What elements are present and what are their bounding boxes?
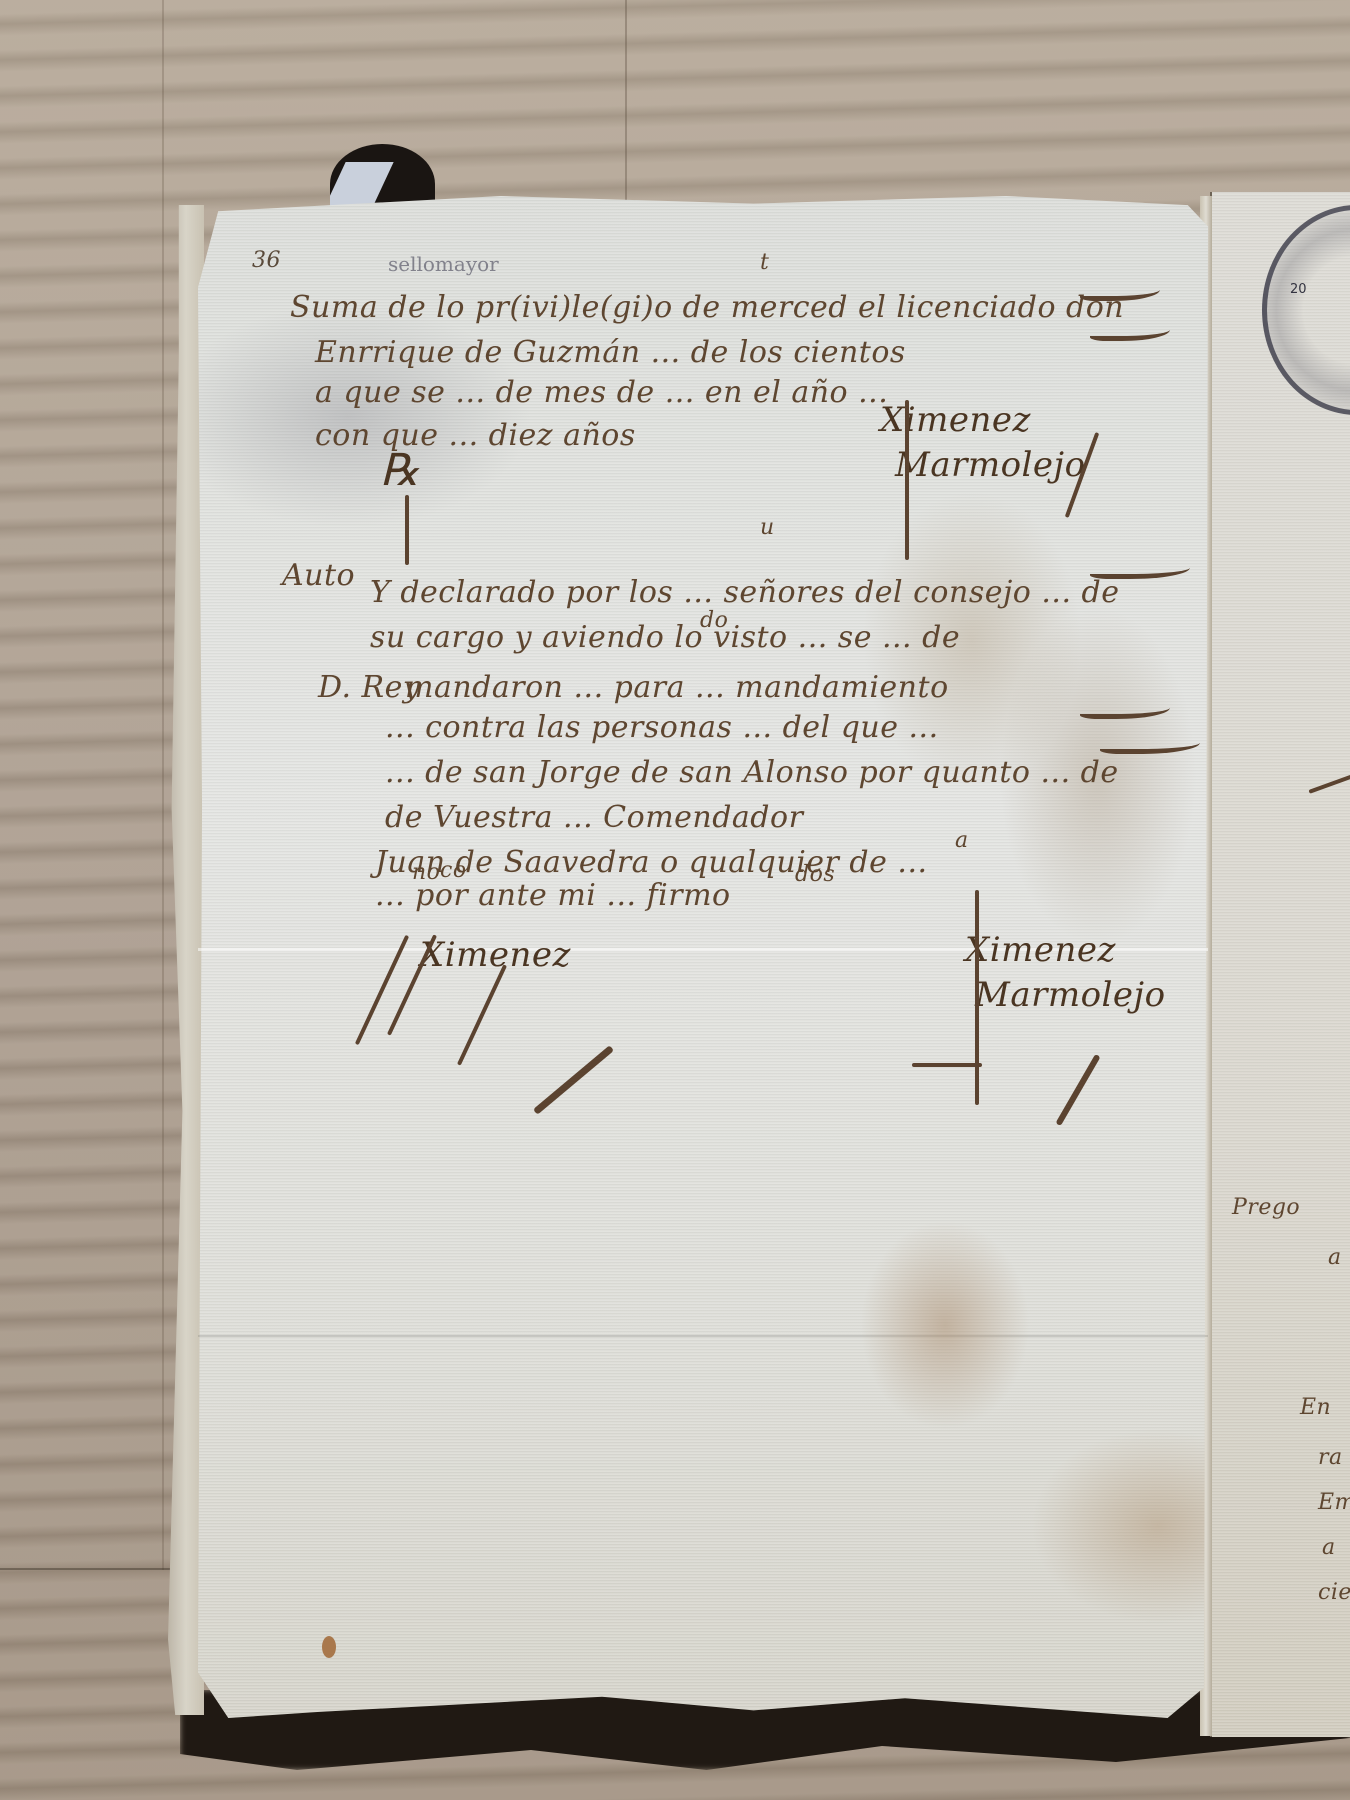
text-line: ... por ante mi ... firmo: [375, 878, 731, 913]
folio-number: 36: [252, 248, 281, 273]
bleedthrough-text: sellomayor: [388, 252, 499, 276]
ink-spot: [322, 1636, 336, 1658]
fold-crease: [198, 1335, 1208, 1337]
superscript: a: [955, 828, 969, 853]
signature-stroke: [912, 1063, 982, 1067]
margin-label: Auto: [282, 558, 355, 593]
signature-line: Marmolejo: [975, 975, 1166, 1015]
text-line: a que se ... de mes de ... en el año ...: [315, 375, 888, 410]
right-margin-note: Prego: [1232, 1195, 1300, 1220]
text-line: Suma de lo pr(ivi)le(gi)o de merced el l…: [290, 290, 1124, 325]
text-line: ... de san Jorge de san Alonso por quant…: [385, 755, 1119, 790]
text-line: ... contra las personas ... del que ...: [385, 710, 939, 745]
center-mark: u: [760, 515, 775, 540]
water-stain: [860, 1220, 1030, 1430]
right-partial-line: ra: [1318, 1445, 1343, 1470]
cardboard-seam: [162, 0, 164, 1570]
text-line: de Vuestra ... Comendador: [385, 800, 803, 835]
text-line: mandaron ... para ... mandamiento: [405, 670, 949, 705]
text-line: su cargo y aviendo lo visto ... se ... d…: [370, 620, 960, 655]
signature-stroke: [975, 890, 979, 1105]
right-partial-line: Em: [1318, 1490, 1350, 1515]
signature-stroke: [905, 400, 909, 560]
stamp-value: 20: [1290, 282, 1307, 297]
cardboard-seam: [0, 1568, 175, 1570]
superscript: dos: [795, 862, 835, 887]
text-line: Enrrique de Guzmán ... de los cientos: [315, 335, 906, 370]
right-partial-line: cie: [1318, 1580, 1350, 1605]
text-line: con que ... diez años: [315, 418, 636, 453]
signature-line: Marmolejo: [895, 445, 1086, 485]
right-partial-line: a: [1328, 1245, 1342, 1270]
signature-line: Ximenez: [420, 935, 571, 975]
text-line: Y declarado por los ... señores del cons…: [370, 575, 1119, 610]
header-mark: t: [760, 250, 769, 275]
superscript: do: [700, 608, 728, 633]
rubric-mark: ℞: [380, 445, 420, 496]
signature-line: Ximenez: [880, 400, 1031, 440]
right-partial-line: a: [1322, 1535, 1336, 1560]
right-partial-line: En: [1300, 1395, 1331, 1420]
signature-line: Ximenez: [965, 930, 1116, 970]
cardboard-seam: [625, 0, 627, 230]
rubric-stroke: [405, 495, 409, 565]
